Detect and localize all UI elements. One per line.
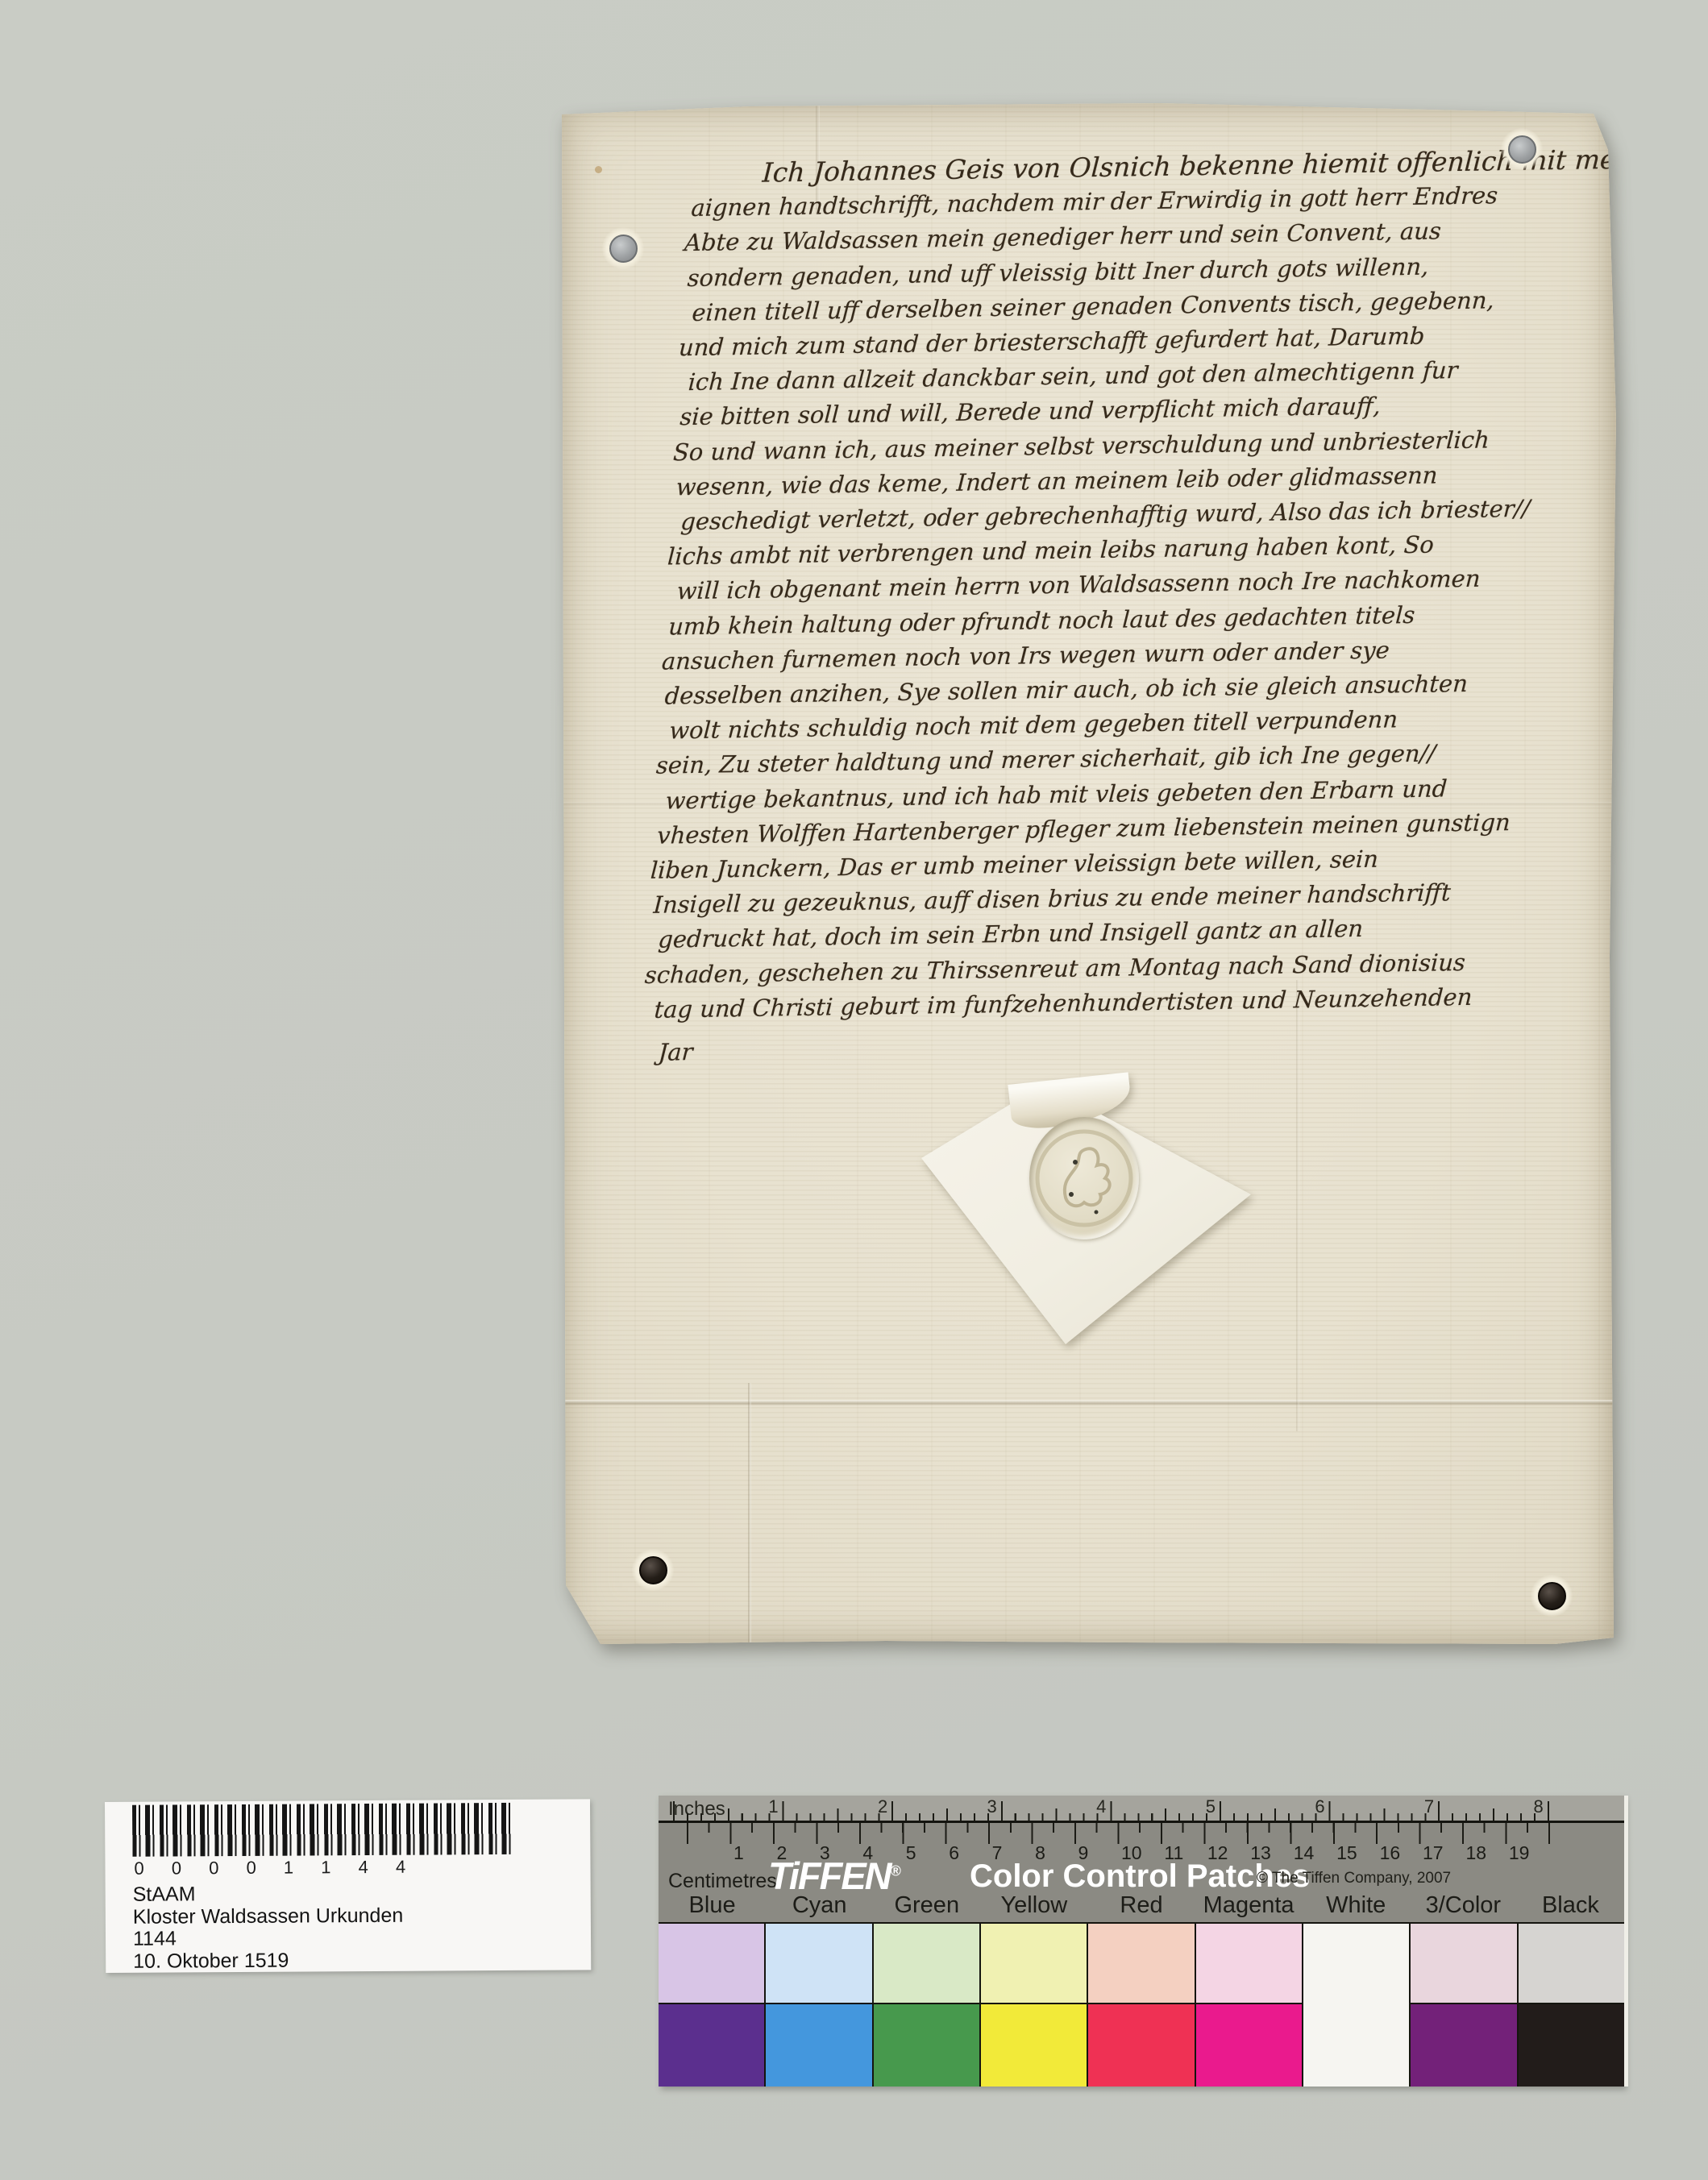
patch-light [981, 1924, 1087, 2004]
tiffen-logo: TiFFEN® [768, 1854, 901, 1898]
wax-seal [1029, 1117, 1139, 1239]
seal-emboss-pattern [1029, 1117, 1139, 1239]
patch-vivid [1519, 2004, 1624, 2087]
inch-ruler: Inches 12345678 [659, 1796, 1624, 1823]
rivet-icon [609, 235, 638, 263]
patch-label: Green [873, 1892, 980, 1919]
patch-label: Red [1087, 1892, 1195, 1919]
fold-crease-vertical [748, 1383, 751, 1642]
rivet-icon [1538, 1582, 1566, 1610]
archive-label-line: 10. Oktober 1519 [133, 1949, 404, 1973]
patch-label: Magenta [1195, 1892, 1303, 1919]
patch-vivid [766, 2004, 871, 2087]
inch-numbers: 12345678 [673, 1796, 1548, 1817]
archive-label-line: Kloster Waldsassen Urkunden [133, 1904, 404, 1929]
cm-number: 16 [1376, 1842, 1419, 1864]
cm-number: 19 [1505, 1842, 1548, 1864]
archive-label-line: 1144 [133, 1927, 404, 1951]
patch-light [1411, 1924, 1516, 2004]
chart-copyright: © The Tiffen Company, 2007 [1257, 1870, 1451, 1887]
chart-band: 12345678910111213141516171819 Centimetre… [659, 1823, 1624, 1922]
patch-light [1519, 1924, 1624, 2004]
patch-column [1517, 1924, 1624, 2087]
patch-column [872, 1924, 979, 2087]
patch-light [659, 1924, 764, 2004]
patch-column [979, 1924, 1087, 2087]
patch-label: Black [1517, 1892, 1624, 1919]
patch-vivid [1196, 2004, 1302, 2087]
inch-number: 2 [783, 1796, 892, 1817]
manuscript-sheet: Ich Johannes Geis von Olsnich bekenne hi… [560, 102, 1621, 1651]
inch-number: 4 [1001, 1796, 1111, 1817]
inch-number: 1 [673, 1796, 783, 1817]
cm-number: 15 [1332, 1842, 1375, 1864]
patch-light [1088, 1924, 1194, 2004]
color-chart: Inches 12345678 123456789101112131415161… [659, 1796, 1624, 2087]
cm-number: 17 [1419, 1842, 1461, 1864]
cm-number: 18 [1461, 1842, 1504, 1864]
patch-grid [659, 1922, 1624, 2087]
patch-vivid [981, 2004, 1087, 2087]
patch-vivid [874, 2004, 979, 2087]
cm-major-ticks [687, 1823, 1551, 1844]
punch-hole-bottom-left [632, 1549, 674, 1591]
patch-light [1196, 1924, 1302, 2004]
rivet-icon [639, 1556, 667, 1584]
patch-vivid [1088, 2004, 1194, 2087]
patch-column [764, 1924, 871, 2087]
patch-labels-row: BlueCyanGreenYellowRedMagentaWhite3/Colo… [659, 1892, 1624, 1919]
cm-number: 1 [729, 1842, 772, 1864]
patch-column [1409, 1924, 1516, 2087]
patch-vivid [659, 2004, 764, 2087]
punch-hole-top-left [602, 227, 644, 269]
chart-card-edge [1624, 1796, 1628, 2087]
registered-mark: ® [891, 1862, 901, 1879]
cm-number: 5 [902, 1842, 945, 1864]
archive-label-text: StAAMKloster Waldsassen Urkunden114410. … [133, 1883, 404, 1973]
patch-label: Cyan [766, 1892, 873, 1919]
archive-label-line: StAAM [133, 1883, 404, 1907]
cm-half-ticks [687, 1823, 1551, 1833]
centimetres-label: Centimetres [668, 1870, 777, 1893]
inch-number: 5 [1110, 1796, 1220, 1817]
patch-light [874, 1924, 979, 2004]
patch-column [659, 1924, 764, 2087]
patch-light [766, 1924, 871, 2004]
inch-number: 3 [891, 1796, 1001, 1817]
archive-label: 0 0 0 0 1 1 4 4 StAAMKloster Waldsassen … [105, 1799, 591, 1973]
patch-column [1302, 1924, 1409, 2087]
barcode-digits: 0 0 0 0 1 1 4 4 [134, 1857, 417, 1879]
parchment-paper: Ich Johannes Geis von Olsnich bekenne hi… [560, 102, 1621, 1651]
ink-stain [595, 166, 602, 173]
punch-hole-top-right [1501, 128, 1543, 170]
patch-label: Yellow [980, 1892, 1087, 1919]
patch-vivid [1411, 2004, 1516, 2087]
rivet-icon [1508, 135, 1536, 164]
patch-label: White [1303, 1892, 1410, 1919]
fold-crease-horizontal [560, 1400, 1621, 1406]
patch-label: 3/Color [1410, 1892, 1517, 1919]
patch-column [1087, 1924, 1194, 2087]
patch-label: Blue [659, 1892, 766, 1919]
inch-number: 8 [1438, 1796, 1548, 1817]
manuscript-text-block: Ich Johannes Geis von Olsnich bekenne hi… [640, 142, 1602, 1070]
punch-hole-bottom-right [1531, 1575, 1573, 1617]
seal-area [921, 1078, 1258, 1347]
tiffen-brand-text: TiFFEN [768, 1854, 891, 1897]
patch-light [1303, 1924, 1409, 2087]
inch-number: 7 [1329, 1796, 1439, 1817]
patch-column [1195, 1924, 1302, 2087]
inch-number: 6 [1220, 1796, 1329, 1817]
barcode [132, 1803, 514, 1857]
